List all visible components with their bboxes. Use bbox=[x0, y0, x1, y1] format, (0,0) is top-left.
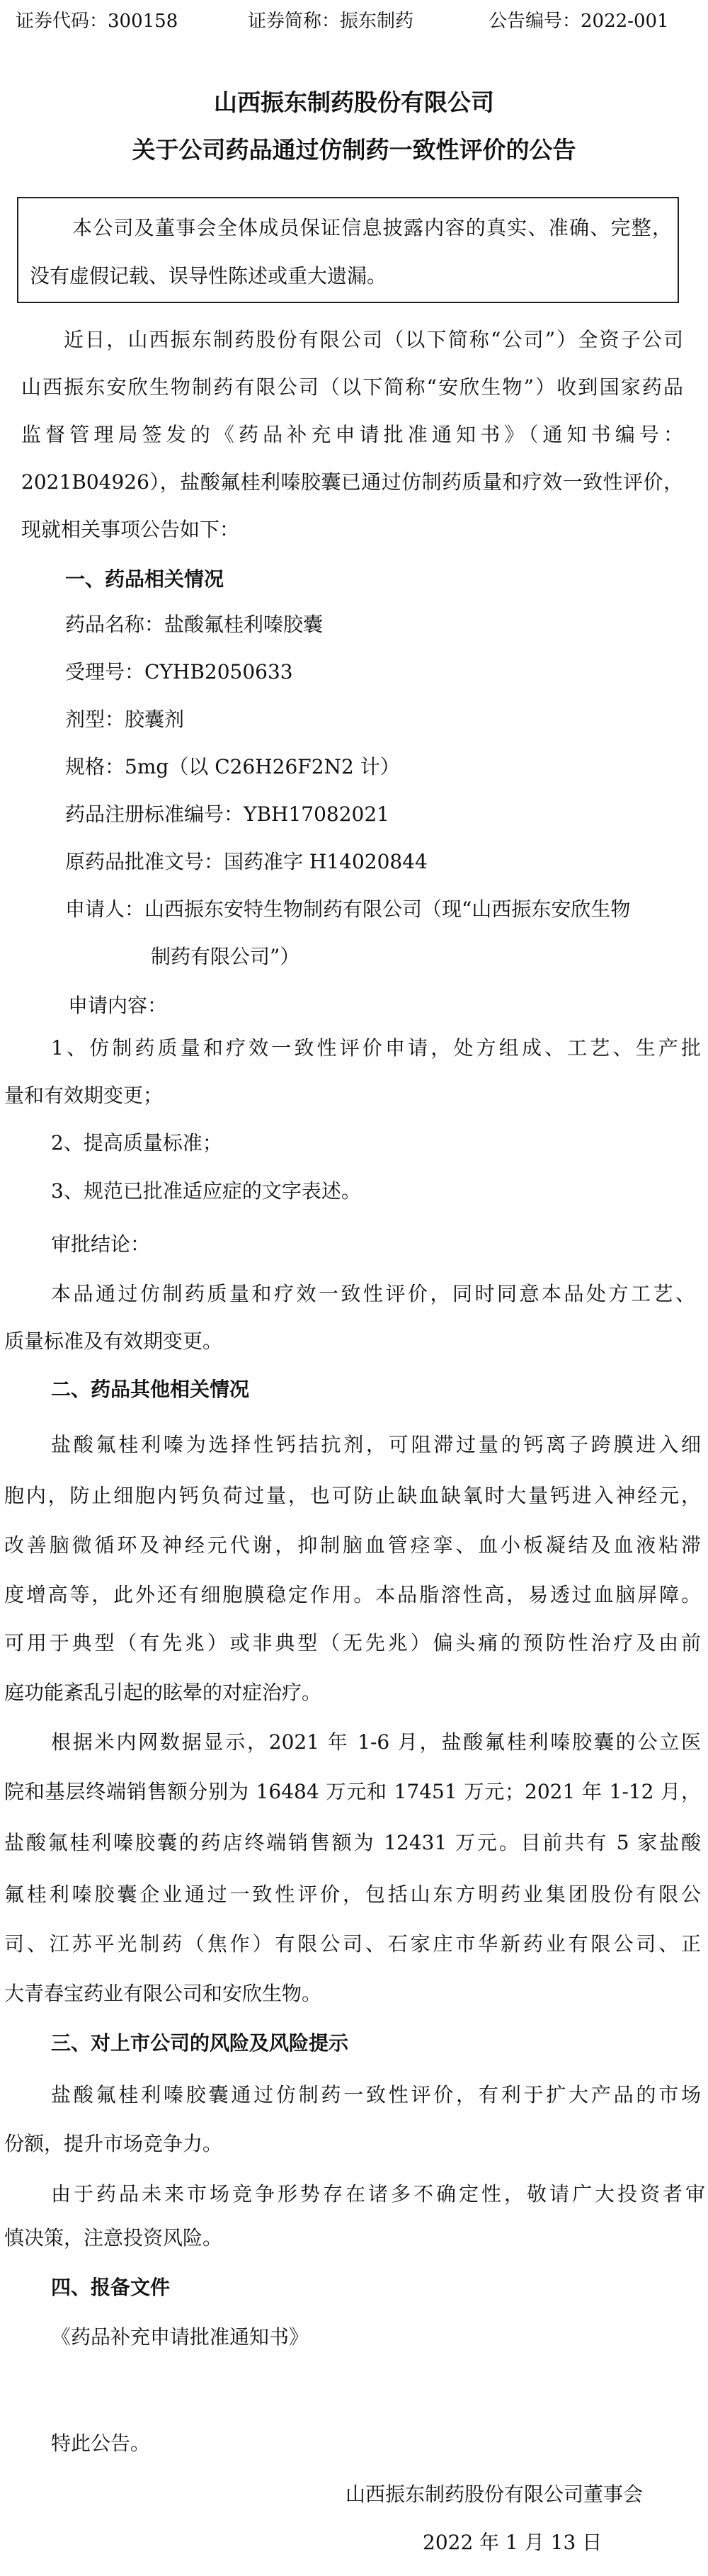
disclaimer-line-1: 本公司及董事会全体成员保证信息披露内容的真实、准确、完整， bbox=[72, 214, 672, 242]
intro-line: 近日，山西振东制药股份有限公司（以下简称“公司”）全资子公司 bbox=[64, 326, 683, 354]
company-title: 山西振东制药股份有限公司 bbox=[0, 89, 708, 117]
risk-line: 盐酸氟桂利嗪胶囊通过仿制药一致性评价，有利于扩大产品的市场 bbox=[51, 2081, 701, 2109]
notice-title: 关于公司药品通过仿制药一致性评价的公告 bbox=[0, 136, 708, 164]
applicant-cont: 制药有限公司”） bbox=[151, 943, 299, 971]
drug-name: 药品名称：盐酸氟桂利嗪胶囊 bbox=[65, 611, 323, 639]
notice-number: 公告编号：2022-001 bbox=[489, 7, 669, 35]
application-item: 2、提高质量标准； bbox=[51, 1129, 222, 1157]
section-heading-4: 四、报备文件 bbox=[51, 2274, 170, 2302]
approval-number: 原药品批准文号：国药准字 H14020844 bbox=[65, 848, 428, 876]
conclusion-line: 质量标准及有效期变更。 bbox=[4, 1327, 222, 1356]
application-item: 3、规范已批准适应症的文字表述。 bbox=[51, 1177, 361, 1205]
date: 2022 年 1 月 13 日 bbox=[423, 2529, 602, 2557]
risk-line: 由于药品未来市场竞争形势存在诸多不确定性，敬请广大投资者审 bbox=[51, 2180, 705, 2208]
application-item: 1、仿制药质量和疗效一致性评价申请，处方组成、工艺、生产批 bbox=[51, 1034, 701, 1062]
intro-line: 现就相关事项公告如下： bbox=[21, 516, 239, 544]
pharmacology-line: 可用于典型（有先兆）或非典型（无先兆）偏头痛的预防性治疗及由前 bbox=[4, 1629, 701, 1657]
pharmacology-line: 盐酸氟桂利嗪为选择性钙拮抗剂，可阻滞过量的钙离子跨膜进入细 bbox=[51, 1431, 701, 1459]
risk-line: 慎决策，注意投资风险。 bbox=[4, 2224, 222, 2252]
conclusion-label: 审批结论： bbox=[51, 1230, 150, 1259]
pharmacology-line: 胞内，防止细胞内钙负荷过量，也可防止缺血缺氧时大量钙进入神经元， bbox=[4, 1482, 701, 1510]
stock-code: 证券代码：300158 bbox=[16, 7, 178, 35]
application-label: 申请内容： bbox=[68, 992, 167, 1020]
signature: 山西振东制药股份有限公司董事会 bbox=[346, 2480, 643, 2509]
section-heading-2: 二、药品其他相关情况 bbox=[51, 1375, 249, 1404]
market-line: 大青春宝药业有限公司和安欣生物。 bbox=[4, 1980, 321, 2008]
risk-line: 份额，提升市场竞争力。 bbox=[4, 2130, 222, 2158]
market-line: 盐酸氟桂利嗪胶囊的药店终端销售额为 12431 万元。目前共有 5 家盐酸 bbox=[4, 1829, 701, 1857]
intro-line: 山西振东安欣生物制药有限公司（以下简称“安欣生物”）收到国家药品 bbox=[21, 373, 683, 402]
acceptance-number: 受理号：CYHB2050633 bbox=[65, 658, 293, 686]
closing-text: 特此公告。 bbox=[51, 2429, 150, 2458]
intro-line: 2021B04926），盐酸氟桂利嗪胶囊已通过仿制药质量和疗效一致性评价， bbox=[21, 468, 683, 497]
market-line: 院和基层终端销售额分别为 16484 万元和 17451 万元；2021 年 1… bbox=[4, 1778, 701, 1806]
section-heading-3: 三、对上市公司的风险及风险提示 bbox=[51, 2029, 348, 2058]
dosage-form: 剂型：胶囊剂 bbox=[65, 705, 184, 734]
specification: 规格：5mg（以 C26H26F2N2 计） bbox=[65, 753, 400, 781]
application-item: 量和有效期变更； bbox=[4, 1082, 163, 1110]
pharmacology-line: 改善脑微循环及神经元代谢，抑制脑血管痉挛、血小板凝结及血液粘滞 bbox=[4, 1531, 701, 1560]
stock-short-name: 证券简称：振东制药 bbox=[248, 7, 413, 35]
conclusion-line: 本品通过仿制药质量和疗效一致性评价，同时同意本品处方工艺、 bbox=[51, 1280, 695, 1308]
section-heading-1: 一、药品相关情况 bbox=[65, 565, 224, 594]
filed-document: 《药品补充申请批准通知书》 bbox=[51, 2323, 309, 2351]
market-line: 司、江苏平光制药（焦作）有限公司、石家庄市华新药业有限公司、正 bbox=[4, 1930, 701, 1958]
disclaimer-line-2: 没有虚假记载、误导性陈述或重大遗漏。 bbox=[30, 262, 387, 290]
pharmacology-line: 庭功能紊乱引起的眩晕的对症治疗。 bbox=[4, 1679, 321, 1707]
applicant: 申请人：山西振东安特生物制药有限公司（现“山西振东安欣生物 bbox=[65, 895, 630, 924]
market-line: 氟桂利嗪胶囊企业通过一致性评价，包括山东方明药业集团股份有限公 bbox=[4, 1880, 701, 1909]
intro-line: 监督管理局签发的《药品补充申请批准通知书》（通知书编号： bbox=[21, 421, 683, 449]
registration-standard: 药品注册标准编号：YBH17082021 bbox=[65, 800, 389, 829]
pharmacology-line: 度增高等，此外还有细胞膜稳定作用。本品脂溶性高，易透过血脑屏障。 bbox=[4, 1581, 701, 1609]
market-line: 根据米内网数据显示，2021 年 1-6 月，盐酸氟桂利嗪胶囊的公立医 bbox=[51, 1728, 701, 1757]
